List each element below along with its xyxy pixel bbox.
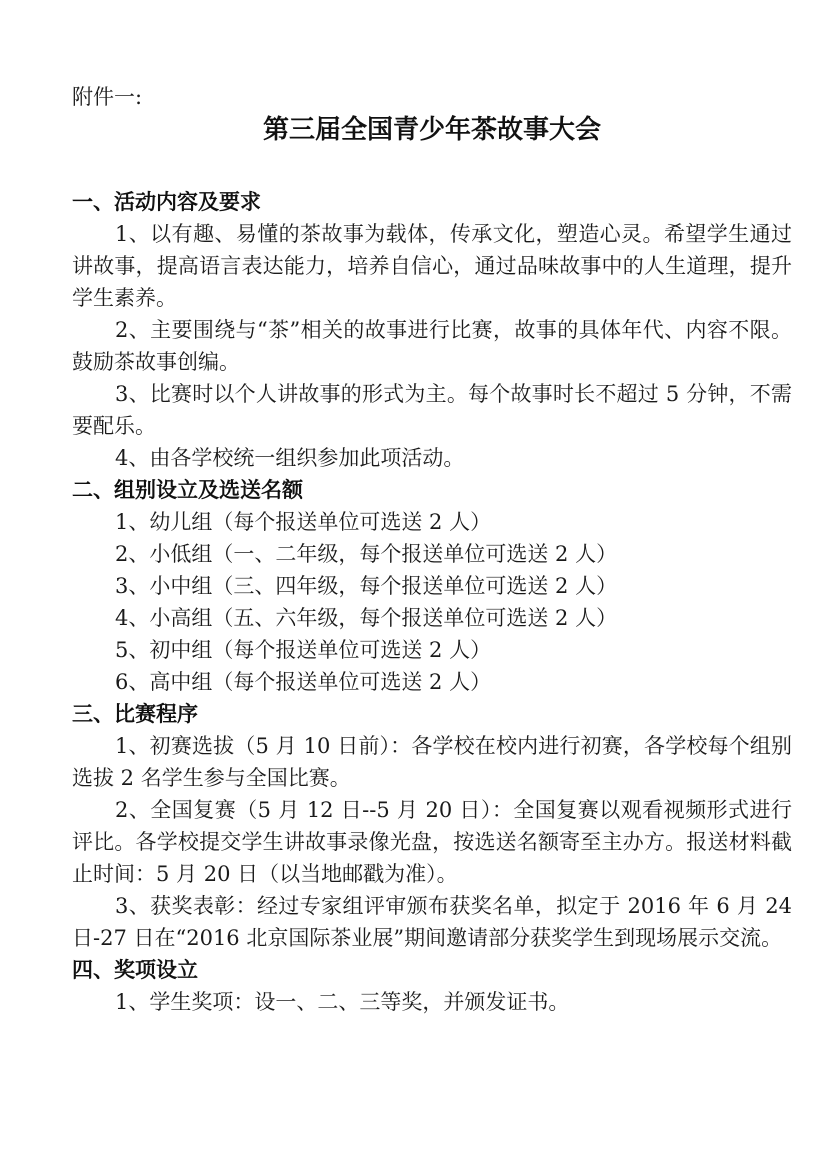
paragraph: 2、主要围绕与“茶”相关的故事进行比赛，故事的具体年代、内容不限。鼓励茶故事创编… — [72, 314, 792, 378]
paragraph: 2、全国复赛（5 月 12 日--5 月 20 日）：全国复赛以观看视频形式进行… — [72, 794, 792, 890]
section-4-heading: 四、奖项设立 — [72, 954, 792, 986]
section-1-heading: 一、活动内容及要求 — [72, 186, 792, 218]
list-item: 6、高中组（每个报送单位可选送 2 人） — [72, 666, 792, 698]
paragraph: 3、获奖表彰：经过专家组评审颁布获奖名单，拟定于 2016 年 6 月 24 日… — [72, 890, 792, 954]
document-body: 附件一: 第三届全国青少年茶故事大会 一、活动内容及要求 1、以有趣、易懂的茶故… — [72, 85, 792, 1018]
list-item: 3、小中组（三、四年级，每个报送单位可选送 2 人） — [72, 570, 792, 602]
document-title: 第三届全国青少年茶故事大会 — [72, 115, 792, 145]
paragraph: 1、初赛选拔（5 月 10 日前）：各学校在校内进行初赛，各学校每个组别选拔 2… — [72, 730, 792, 794]
paragraph: 3、比赛时以个人讲故事的形式为主。每个故事时长不超过 5 分钟，不需要配乐。 — [72, 378, 792, 442]
list-item: 5、初中组（每个报送单位可选送 2 人） — [72, 634, 792, 666]
paragraph: 1、学生奖项：设一、二、三等奖，并颁发证书。 — [72, 986, 792, 1018]
section-2-heading: 二、组别设立及选送名额 — [72, 474, 792, 506]
paragraph: 1、以有趣、易懂的茶故事为载体，传承文化，塑造心灵。希望学生通过讲故事，提高语言… — [72, 218, 792, 314]
list-item: 1、幼儿组（每个报送单位可选送 2 人） — [72, 506, 792, 538]
section-3-heading: 三、比赛程序 — [72, 698, 792, 730]
list-item: 2、小低组（一、二年级，每个报送单位可选送 2 人） — [72, 538, 792, 570]
attachment-label: 附件一: — [72, 85, 792, 109]
list-item: 4、小高组（五、六年级，每个报送单位可选送 2 人） — [72, 602, 792, 634]
document-content: 一、活动内容及要求 1、以有趣、易懂的茶故事为载体，传承文化，塑造心灵。希望学生… — [72, 186, 792, 1018]
paragraph: 4、由各学校统一组织参加此项活动。 — [72, 442, 792, 474]
document-page: 附件一: 第三届全国青少年茶故事大会 一、活动内容及要求 1、以有趣、易懂的茶故… — [0, 0, 827, 1169]
